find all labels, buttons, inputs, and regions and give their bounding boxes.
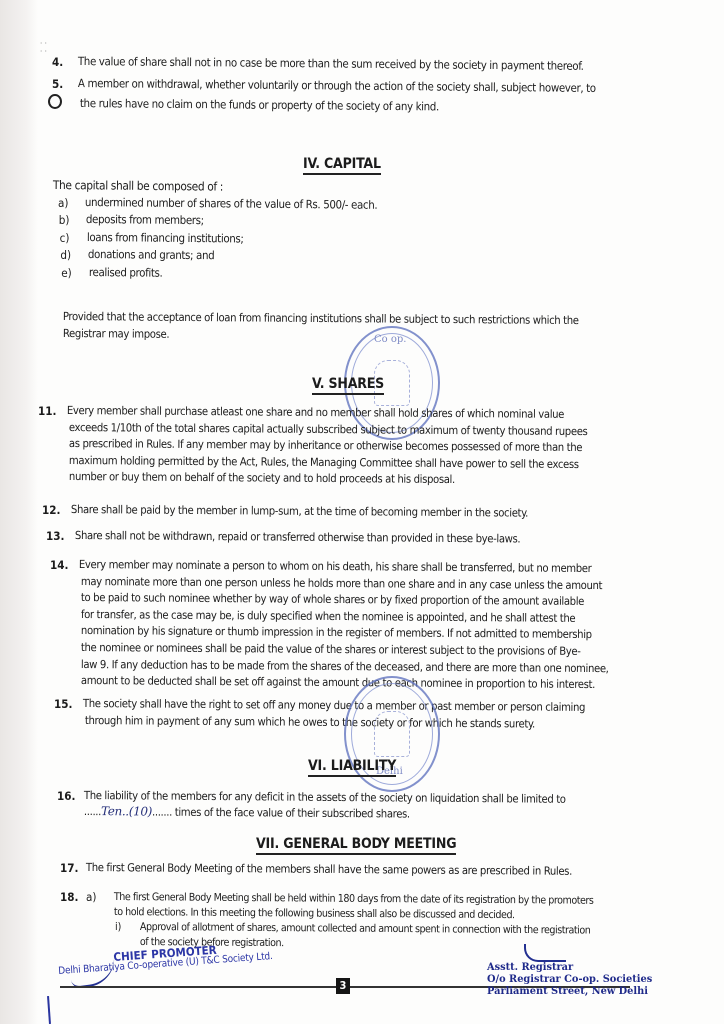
capital-item: deposits from members; bbox=[86, 212, 204, 229]
clause-16-line2: ......Ten..(10)....... times of the face… bbox=[84, 804, 410, 822]
clause-number: 17. bbox=[60, 861, 78, 875]
clause-line: Share shall be paid by the member in lum… bbox=[71, 502, 528, 521]
clause-17-text: The first General Body Meeting of the me… bbox=[86, 860, 572, 880]
clause-number: 16. bbox=[57, 789, 75, 803]
clause-number: 18. bbox=[60, 890, 78, 904]
clause-line: through him in payment of any sum which … bbox=[85, 713, 535, 732]
list-marker: e) bbox=[61, 266, 72, 280]
capital-item: undermined number of shares of the value… bbox=[85, 195, 378, 213]
pen-stroke-mark bbox=[47, 996, 51, 1024]
list-marker: b) bbox=[59, 213, 70, 227]
section-heading-liability: VI. LIABILITY bbox=[308, 758, 396, 777]
clause-number: 11. bbox=[38, 404, 56, 418]
clause-5-line1: A member on withdrawal, whether voluntar… bbox=[78, 76, 596, 96]
capital-proviso-line2: Registrar may impose. bbox=[63, 326, 169, 343]
capital-item: loans from financing institutions; bbox=[87, 230, 244, 247]
clause-number: 13. bbox=[46, 529, 64, 543]
capital-item: donations and grants; and bbox=[88, 247, 215, 264]
clause-4-text: The value of share shall not in no case … bbox=[78, 54, 584, 74]
sub-clause-marker: a) bbox=[86, 890, 96, 904]
section-heading-capital: IV. CAPITAL bbox=[303, 156, 381, 175]
list-marker: c) bbox=[60, 231, 70, 245]
list-marker: a) bbox=[58, 196, 68, 210]
section-heading-general-body-meeting: VII. GENERAL BODY MEETING bbox=[256, 836, 456, 855]
scan-specks: · ·· · bbox=[40, 40, 47, 56]
scan-margin-shade bbox=[0, 0, 38, 1024]
clause-number: 15. bbox=[54, 697, 72, 711]
clause-5-line2: the rules have no claim on the funds or … bbox=[80, 96, 439, 115]
registrar-signature bbox=[524, 944, 566, 962]
list-marker: d) bbox=[60, 248, 71, 262]
page-number: 3 bbox=[336, 978, 350, 994]
registrar-office: O/o Registrar Co-op. Societies bbox=[487, 974, 652, 986]
clause-number: 4. bbox=[52, 55, 63, 69]
ashoka-emblem-icon bbox=[374, 711, 410, 757]
item-marker: i) bbox=[115, 921, 121, 933]
capital-intro: The capital shall be composed of : bbox=[53, 178, 223, 195]
clause-line: amount to be deducted shall be set off a… bbox=[81, 673, 595, 693]
capital-item: realised profits. bbox=[89, 265, 163, 281]
registrar-designation: Asstt. Registrar bbox=[487, 962, 573, 974]
clause-line: number or buy them on behalf of the soci… bbox=[69, 469, 455, 488]
clause-number: 12. bbox=[42, 503, 60, 517]
handwritten-liability-multiplier: Ten..(10) bbox=[101, 804, 152, 818]
clause-number: 14. bbox=[50, 558, 68, 572]
clause-line: Share shall not be withdrawn, repaid or … bbox=[75, 528, 521, 547]
registrar-address: Parliament Street, New Delhi bbox=[487, 986, 648, 998]
clause-number: 5. bbox=[52, 77, 63, 91]
section-heading-shares: V. SHARES bbox=[312, 376, 384, 395]
handwritten-circle-mark bbox=[48, 94, 62, 109]
